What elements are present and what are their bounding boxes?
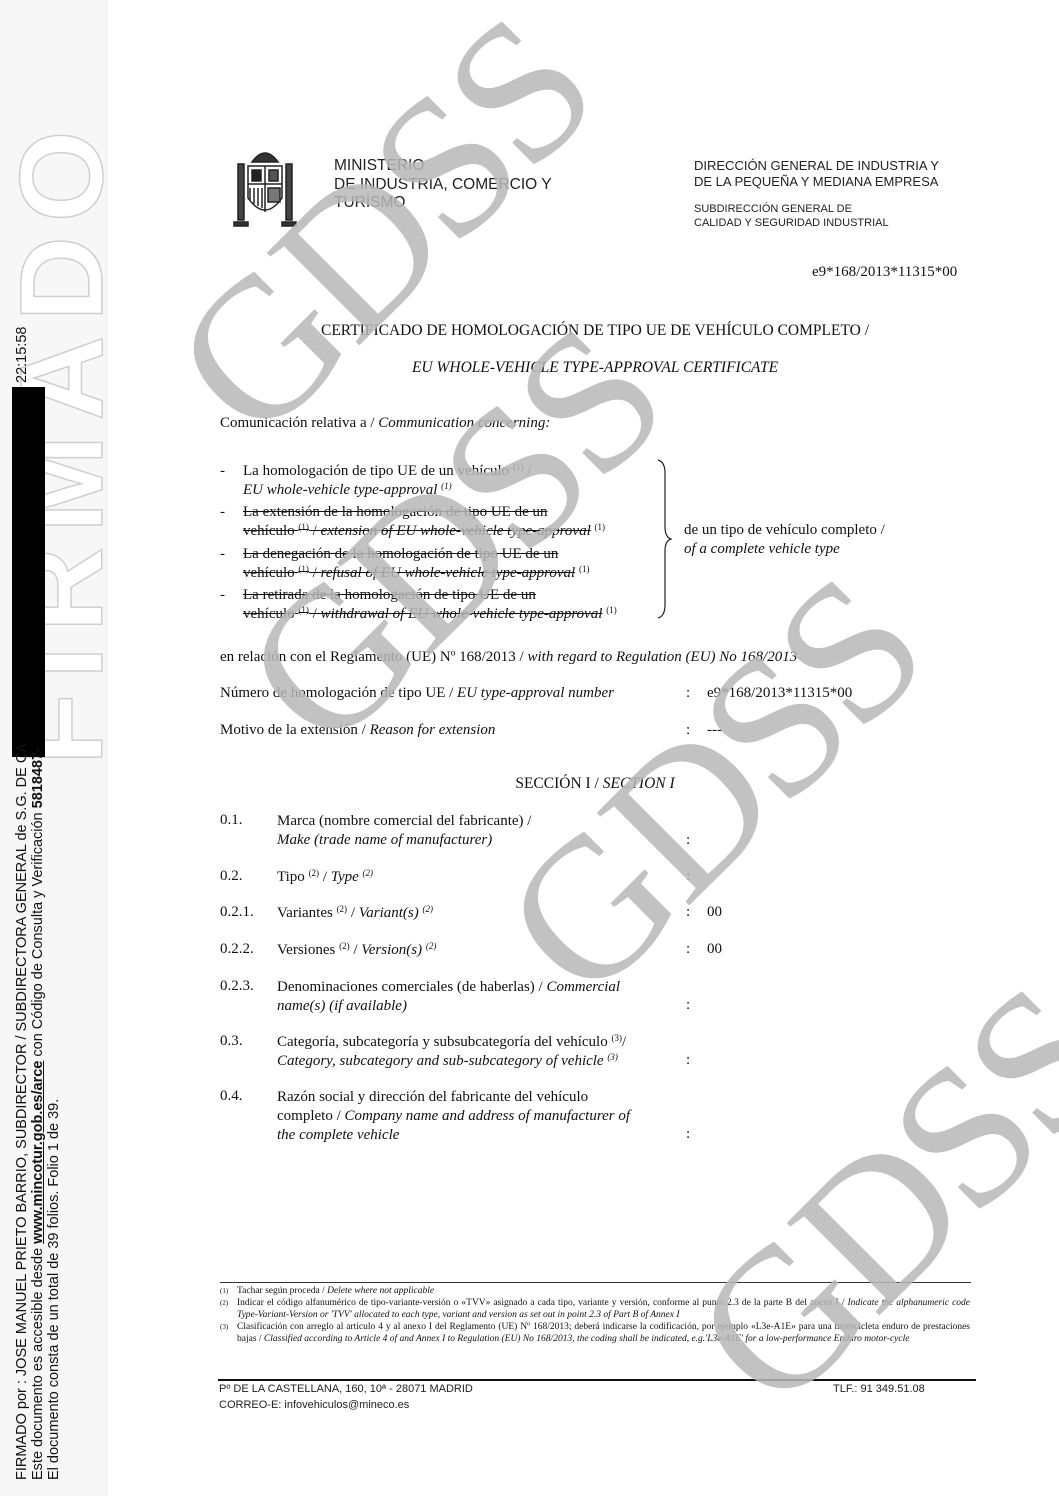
verification-link[interactable]: www.mincotur.gob.es/arce	[30, 1061, 46, 1244]
signature-line-2: Este documento es accesible desde www.mi…	[30, 330, 46, 1480]
reference-number: e9*168/2013*11315*00	[812, 264, 957, 281]
directorate-general: DIRECCIÓN GENERAL DE INDUSTRIA Y DE LA P…	[694, 158, 939, 190]
subdirectorate-general: SUBDIRECCIÓN GENERAL DE CALIDAD Y SEGURI…	[694, 202, 889, 230]
signature-text: FIRMADO por : JOSE MANUEL PRIETO BARRIO,…	[14, 330, 62, 1480]
verification-code: 5818487-	[30, 747, 46, 808]
footer-address: Pº DE LA CASTELLANA, 160, 10ª - 28071 MA…	[219, 1383, 473, 1395]
signature-line-3: El documento consta de un total de 39 fo…	[46, 330, 62, 1480]
signature-line-1: FIRMADO por : JOSE MANUEL PRIETO BARRIO,…	[14, 330, 30, 1480]
gdss-watermark: GDSS	[660, 955, 1059, 1441]
footer-email: CORREO-E: infovehiculos@mineco.es	[219, 1399, 409, 1411]
options-suffix: de un tipo de vehículo completo / of a c…	[684, 521, 885, 559]
